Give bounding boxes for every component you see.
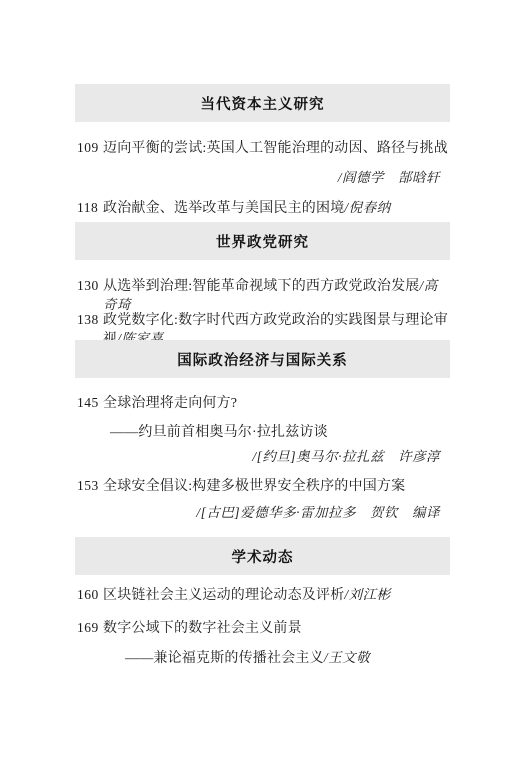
section-header-world-parties: 世界政党研究 [75,222,450,260]
author-names: /[约旦]奥马尔·拉扎兹 许彦淳 [252,449,440,464]
author-names: /[古巴]爱德华多·雷加拉多 贺钦 编译 [196,505,440,520]
author-line: /[古巴]爱德华多·雷加拉多 贺钦 编译 [75,504,440,522]
page-number: 138 [75,311,103,329]
article-title: 政治献金、选举改革与美国民主的困境/倪春纳 [103,199,391,218]
toc-entry: 109 迈向平衡的尝试:英国人工智能治理的动因、路径与挑战 [75,139,450,158]
article-title: 全球治理将走向何方? [103,395,237,413]
article-title: 从选举到治理:智能革命视域下的西方政党政治发展/高奇琦 [103,277,450,315]
article-title-text: 政治献金、选举改革与美国民主的困境 [103,201,344,216]
author-names: /倪春纳 [344,200,390,215]
article-title: 区块链社会主义运动的理论动态及评析/刘江彬 [103,586,391,605]
toc-entry: 130 从选举到治理:智能革命视域下的西方政党政治发展/高奇琦 [75,277,450,315]
page-number: 160 [75,586,103,604]
author-line: /[约旦]奥马尔·拉扎兹 许彦淳 [75,448,440,466]
article-subtitle: ——兼论福克斯的传播社会主义/王文敬 [125,649,370,668]
section-header-contemporary-capitalism: 当代资本主义研究 [75,84,450,122]
author-line: /阎德学 郜晗轩 [75,169,440,187]
section-title: 国际政治经济与国际关系 [177,349,348,370]
section-title: 当代资本主义研究 [201,93,325,114]
section-header-academic-trends: 学术动态 [75,537,450,575]
page-number: 145 [75,394,103,412]
author-names: /刘江彬 [344,587,390,602]
section-title: 学术动态 [232,546,294,567]
article-title: 迈向平衡的尝试:英国人工智能治理的动因、路径与挑战 [103,140,448,158]
toc-entry: 153 全球安全倡议:构建多极世界安全秩序的中国方案 [75,477,450,496]
article-title: 数字公域下的数字社会主义前景 [103,620,302,638]
author-names: /王文敬 [324,650,370,665]
article-title-text: 区块链社会主义运动的理论动态及评析 [103,588,344,603]
page-number: 130 [75,277,103,295]
page-number: 118 [75,199,103,217]
toc-entry: 160 区块链社会主义运动的理论动态及评析/刘江彬 [75,586,450,605]
article-subtitle: ——约旦前首相奥马尔·拉扎兹访谈 [110,424,328,442]
page-number: 169 [75,619,103,637]
section-title: 世界政党研究 [216,231,309,252]
toc-entry: 169 数字公域下的数字社会主义前景 [75,619,450,638]
section-header-international-politics: 国际政治经济与国际关系 [75,340,450,378]
page-number: 153 [75,477,103,495]
article-title: 全球安全倡议:构建多极世界安全秩序的中国方案 [103,478,405,496]
toc-entry: 145 全球治理将走向何方? [75,394,450,413]
article-title-text: 从选举到治理:智能革命视域下的西方政党政治发展 [103,279,420,294]
toc-page: 当代资本主义研究 109 迈向平衡的尝试:英国人工智能治理的动因、路径与挑战 /… [0,0,515,775]
article-subtitle-text: ——兼论福克斯的传播社会主义 [125,651,324,666]
author-names: /阎德学 郜晗轩 [338,170,440,185]
page-number: 109 [75,139,103,157]
toc-entry: 118 政治献金、选举改革与美国民主的困境/倪春纳 [75,199,450,218]
